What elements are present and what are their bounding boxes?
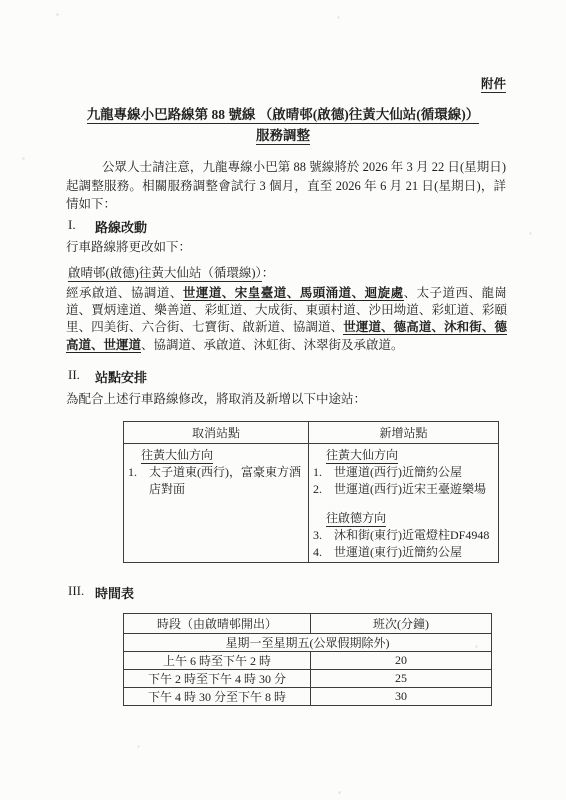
added-stop-item: 4. 世運道(東行)近簡約公屋 xyxy=(313,544,494,561)
cancelled-stops-cell: 往黃大仙方向 1. 太子道東(西行)，富豪東方酒店對面 xyxy=(124,444,309,563)
period-column-header: 時段（由啟晴邨開出） xyxy=(124,614,311,634)
route-direction-heading: 啟晴邨(啟德)往黃大仙站（循環線)）： xyxy=(68,263,274,281)
added-stop-item: 3. 沐和街(東行)近電燈柱DF4948 xyxy=(313,527,494,544)
document-title: 九龍專線小巴路線第 88 號線 （啟晴邨(啟德)往黃大仙站(循環線)） 服務調整 xyxy=(0,104,566,146)
added-stop-item: 2. 世運道(西行)近宋王臺遊樂場 xyxy=(313,481,494,498)
stops-lead: 為配合上述行車路線修改，將取消及新增以下中途站： xyxy=(66,389,366,407)
timetable-row: 下午 4 時 30 分至下午 8 時 30 xyxy=(124,688,492,706)
section-1-title: 路線改動 xyxy=(95,217,147,236)
route-direction-colon: ： xyxy=(262,266,275,280)
section-3-title: 時間表 xyxy=(95,583,134,602)
intro-paragraph: 公眾人士請注意，九龍專線小巴第 88 號線將於 2026 年 3 月 22 日(… xyxy=(66,158,506,214)
added-stop-item: 1. 世運道(西行)近簡約公屋 xyxy=(313,464,494,481)
frequency-cell: 20 xyxy=(311,652,492,670)
section-3-heading: III. 時間表 xyxy=(68,583,134,602)
route-segment: 經承啟道、協調道、 xyxy=(66,286,183,300)
timetable: 時段（由啟晴邨開出） 班次(分鐘) 星期一至星期五(公眾假期除外) 上午 6 時… xyxy=(123,613,492,706)
stops-table: 取消站點 新增站點 往黃大仙方向 1. 太子道東(西行)，富豪東方酒店對面 往黃… xyxy=(123,421,499,563)
section-2-title: 站點安排 xyxy=(95,367,147,386)
document-page: 附件 九龍專線小巴路線第 88 號線 （啟晴邨(啟德)往黃大仙站(循環線)） 服… xyxy=(0,0,566,800)
weekday-span-label: 星期一至星期五(公眾假期除外) xyxy=(124,634,492,652)
cancelled-stop-item: 1. 太子道東(西行)，富豪東方酒店對面 xyxy=(128,464,304,498)
section-2-numeral: II. xyxy=(68,367,95,386)
period-cell: 下午 4 時 30 分至下午 8 時 xyxy=(124,688,311,706)
added-stops-cell: 往黃大仙方向 1. 世運道(西行)近簡約公屋 2. 世運道(西行)近宋王臺遊樂場… xyxy=(309,444,499,563)
route-lead: 行車路線將更改如下： xyxy=(66,237,191,255)
added-direction-heading-wts: 往黃大仙方向 xyxy=(326,447,494,464)
route-segment: 、協調道、承啟道、沐虹街、沐翠街及承啟道。 xyxy=(141,338,404,352)
scan-noise xyxy=(0,0,1,1)
timetable-span-row: 星期一至星期五(公眾假期除外) xyxy=(124,634,492,652)
added-stops-header: 新增站點 xyxy=(309,422,499,444)
section-3-numeral: III. xyxy=(68,583,95,602)
stops-table-body-row: 往黃大仙方向 1. 太子道東(西行)，富豪東方酒店對面 往黃大仙方向 1. 世運… xyxy=(124,444,499,563)
route-segment-emphasized: 世運道、宋皇臺道、馬頭涌道、迴旋處 xyxy=(183,286,404,301)
frequency-cell: 25 xyxy=(311,670,492,688)
cancelled-stops-header: 取消站點 xyxy=(124,422,309,444)
period-cell: 上午 6 時至下午 2 時 xyxy=(124,652,311,670)
title-line-2: 服務調整 xyxy=(0,125,566,146)
timetable-header-row: 時段（由啟晴邨開出） 班次(分鐘) xyxy=(124,614,492,634)
frequency-cell: 30 xyxy=(311,688,492,706)
section-2-heading: II. 站點安排 xyxy=(68,367,147,386)
period-cell: 下午 2 時至下午 4 時 30 分 xyxy=(124,670,311,688)
route-direction-text: 啟晴邨(啟德)往黃大仙站（循環線)） xyxy=(68,266,262,282)
section-1-numeral: I. xyxy=(68,217,95,236)
timetable-row: 上午 6 時至下午 2 時 20 xyxy=(124,652,492,670)
route-description: 經承啟道、協調道、世運道、宋皇臺道、馬頭涌道、迴旋處、太子道西、龍崗道、賈炳達道… xyxy=(66,285,507,354)
section-1-heading: I. 路線改動 xyxy=(68,217,147,236)
added-direction-heading-kai-tak: 往啟德方向 xyxy=(326,510,494,527)
stops-table-header-row: 取消站點 新增站點 xyxy=(124,422,499,444)
cancelled-direction-heading: 往黃大仙方向 xyxy=(141,447,304,464)
attachment-text: 附件 xyxy=(481,77,506,93)
title-line-1: 九龍專線小巴路線第 88 號線 （啟晴邨(啟德)往黃大仙站(循環線)） xyxy=(0,104,566,125)
attachment-label: 附件 xyxy=(481,74,506,92)
frequency-column-header: 班次(分鐘) xyxy=(311,614,492,634)
timetable-row: 下午 2 時至下午 4 時 30 分 25 xyxy=(124,670,492,688)
